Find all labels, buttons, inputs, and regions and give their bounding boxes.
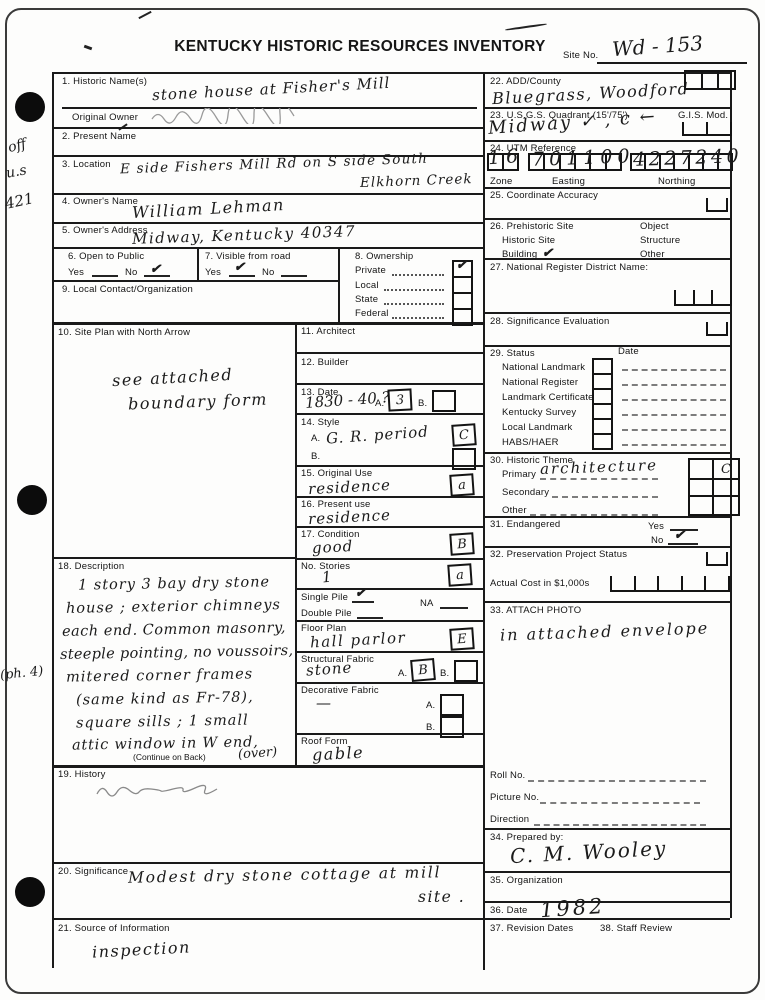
theme-code: C — [721, 462, 731, 477]
prehistoric-site-label: 26. Prehistoric Site — [490, 221, 574, 232]
field-20-label: 20. Significance — [58, 866, 128, 877]
scanned-form-page: KENTUCKY HISTORIC RESOURCES INVENTORY Si… — [0, 0, 765, 1000]
field-36-value: 1982 — [539, 894, 606, 923]
status-date-line — [622, 368, 726, 371]
rule — [295, 651, 483, 653]
illegible-handwriting — [150, 108, 330, 124]
field-14-a-codebox: C — [451, 423, 476, 447]
roll-no-line — [528, 779, 706, 782]
status-landmark-certificate: Landmark Certificate — [502, 392, 594, 403]
field-13-a-codebox: 3 — [387, 388, 412, 411]
rule — [483, 546, 730, 548]
field-14-b-codebox — [452, 448, 476, 470]
structural-fabric-a-code: B — [418, 663, 429, 679]
field-6-no-label: No — [125, 267, 138, 278]
roof-form-value: gable — [312, 743, 365, 765]
divider-6-7 — [197, 247, 199, 280]
picture-no-line — [540, 801, 700, 804]
utm-northing-value: 4227240 — [633, 145, 743, 171]
field-25-label: 25. Coordinate Accuracy — [490, 190, 598, 201]
rule — [483, 452, 730, 454]
direction-label: Direction — [490, 814, 529, 825]
field-21-label: 21. Source of Information — [58, 923, 170, 934]
picture-no-label: Picture No. — [490, 792, 539, 803]
structural-fabric-b-codebox — [454, 660, 478, 682]
status-date-line — [622, 428, 726, 431]
field-19-label: 19. History — [58, 769, 106, 780]
field-13-b-label: B. — [418, 398, 427, 409]
field-12-label: 12. Builder — [301, 357, 349, 368]
structure-label: Structure — [640, 235, 680, 246]
field-27-label: 27. National Register District Name: — [490, 262, 648, 273]
description-line-5: mitered corner frames — [66, 666, 253, 685]
field-17-code: B — [457, 537, 468, 553]
rule — [295, 588, 483, 590]
direction-line — [534, 823, 706, 826]
field-1-label: 1. Historic Name(s) — [62, 76, 147, 87]
decorative-fabric-a-codebox — [440, 694, 464, 716]
field-13-a-code: 3 — [395, 393, 404, 408]
description-line-1: 1 story 3 bay dry stone — [78, 574, 270, 593]
field-4-label: 4. Owner's Name — [62, 196, 138, 207]
divider-7-8 — [338, 247, 340, 322]
mid-column-divider — [295, 322, 297, 765]
na-label: NA — [420, 598, 434, 609]
status-date-label: Date — [618, 346, 639, 357]
theme-primary-line — [540, 477, 658, 480]
field-28-codebox — [706, 322, 728, 336]
rule — [52, 557, 295, 559]
rule — [483, 901, 730, 903]
actual-cost-label: Actual Cost in $1,000s — [490, 578, 589, 589]
endangered-yes-label: Yes — [648, 521, 664, 532]
field-36-label: 36. Date — [490, 905, 528, 916]
field-27-codeboxes — [674, 290, 732, 306]
building-label: Building — [502, 249, 537, 260]
field-20-value-line2: site . — [418, 888, 465, 906]
field-14-label: 14. Style — [301, 417, 340, 428]
rule — [52, 247, 483, 249]
rule — [483, 828, 730, 830]
description-line-7: square sills ; 1 small — [76, 712, 249, 731]
decorative-fabric-b-label: B. — [426, 722, 435, 733]
field-29-label: 29. Status — [490, 348, 535, 359]
structural-fabric-a-codebox: B — [410, 658, 436, 682]
rule — [483, 871, 730, 873]
field-17-codebox: B — [449, 532, 474, 556]
field-14-b-label: B. — [311, 451, 320, 462]
field-6-no-check: ✔ — [150, 262, 161, 277]
structural-fabric-value: stone — [305, 658, 352, 679]
field-6-label: 6. Open to Public — [68, 251, 144, 262]
field-15-code: a — [458, 478, 467, 494]
double-pile-line — [357, 607, 383, 619]
hole-punch-bottom — [15, 877, 45, 907]
field-13-a-label: A. — [375, 398, 384, 409]
floor-plan-codebox: E — [449, 627, 474, 651]
form-left-border — [52, 72, 54, 968]
stories-codebox: a — [447, 563, 472, 587]
field-14-a-label: A. — [311, 433, 320, 444]
status-date-line — [622, 383, 726, 386]
object-label: Object — [640, 221, 669, 232]
status-national-landmark: National Landmark — [502, 362, 585, 373]
structural-fabric-a-label: A. — [398, 668, 407, 679]
field-8-label: 8. Ownership — [355, 251, 413, 262]
theme-secondary-label: Secondary — [502, 487, 549, 498]
field-7-no-line — [281, 265, 307, 277]
building-check: ✔ — [542, 246, 553, 261]
description-line-6: (same kind as Fr-78), — [76, 689, 254, 708]
status-date-line — [622, 443, 726, 446]
utm-northing-label: Northing — [658, 176, 696, 187]
theme-other-line — [530, 513, 658, 516]
ownership-private-label: Private — [355, 265, 386, 276]
other-label: Other — [640, 249, 665, 260]
status-kentucky-survey: Kentucky Survey — [502, 407, 576, 418]
rule — [295, 352, 483, 354]
over-note: (over) — [238, 745, 278, 763]
field-3-label: 3. Location — [62, 159, 111, 170]
theme-primary-label: Primary — [502, 469, 536, 480]
decorative-fabric-value: — — [316, 694, 331, 712]
field-17-value: good — [312, 537, 354, 557]
field-9-label: 9. Local Contact/Organization — [62, 284, 193, 295]
dotted-leader — [392, 266, 444, 276]
field-7-no-label: No — [262, 267, 275, 278]
rule — [483, 312, 730, 314]
rule — [52, 72, 730, 74]
ownership-state-label: State — [355, 294, 378, 305]
field-38-label: 38. Staff Review — [600, 923, 672, 934]
actual-cost-boxes — [610, 576, 730, 592]
rule — [483, 345, 730, 347]
field-14-a-code: C — [459, 428, 470, 444]
dotted-leader — [392, 309, 444, 319]
field-32-codebox — [706, 552, 728, 566]
floor-plan-code: E — [457, 632, 468, 648]
field-22-codeboxes — [684, 70, 736, 90]
status-checkbox — [592, 433, 613, 450]
status-local-landmark: Local Landmark — [502, 422, 572, 433]
field-10-label: 10. Site Plan with North Arrow — [58, 327, 190, 338]
theme-other-label: Other — [502, 505, 527, 516]
dotted-leader — [384, 281, 444, 291]
field-7-yes-label: Yes — [205, 267, 221, 278]
field-2-label: 2. Present Name — [62, 131, 136, 142]
decorative-fabric-a-label: A. — [426, 700, 435, 711]
double-pile-label: Double Pile — [301, 608, 352, 619]
field-15-codebox: a — [449, 473, 474, 497]
single-pile-check: ✔ — [355, 586, 366, 601]
field-37-label: 37. Revision Dates — [490, 923, 573, 934]
field-33-label: 33. ATTACH PHOTO — [490, 605, 581, 616]
form-title: KENTUCKY HISTORIC RESOURCES INVENTORY — [140, 38, 580, 56]
rule — [295, 682, 483, 684]
field-6-yes-label: Yes — [68, 267, 84, 278]
continue-on-back-note: (Continue on Back) — [133, 752, 206, 762]
ownership-private-check: ✔ — [456, 258, 467, 273]
ownership-federal-label: Federal — [355, 308, 389, 319]
endangered-no-check: ✔ — [674, 528, 685, 543]
utm-easting-label: Easting — [552, 176, 585, 187]
utm-zone-value: 16 — [487, 145, 525, 169]
gis-mod-label: G.I.S. Mod. — [678, 110, 728, 121]
status-national-register: National Register — [502, 377, 578, 388]
structural-fabric-b-label: B. — [440, 668, 449, 679]
rule — [483, 140, 730, 142]
field-25-codebox — [706, 198, 728, 212]
hole-punch-middle — [17, 485, 47, 515]
utm-easting-value: 701100 — [532, 145, 635, 171]
rule — [52, 222, 483, 224]
rule — [295, 383, 483, 385]
utm-zone-label: Zone — [490, 176, 512, 187]
illegible-handwriting — [95, 782, 245, 800]
ownership-federal-checkbox — [452, 308, 473, 326]
rule — [52, 280, 338, 282]
field-11-label: 11. Architect — [301, 326, 355, 337]
decorative-fabric-label: Decorative Fabric — [301, 685, 379, 696]
field-6-yes-line — [92, 265, 118, 277]
rule — [295, 558, 483, 560]
historic-site-label: Historic Site — [502, 235, 555, 246]
field-32-label: 32. Preservation Project Status — [490, 549, 627, 560]
rule — [52, 127, 483, 129]
field-7-label: 7. Visible from road — [205, 251, 291, 262]
stories-code: a — [456, 568, 465, 584]
rule — [52, 765, 483, 768]
endangered-no-label: No — [651, 535, 664, 546]
site-no-label: Site No. — [563, 50, 598, 61]
theme-secondary-line — [552, 495, 658, 498]
hole-punch-top — [15, 92, 45, 122]
single-pile-label: Single Pile — [301, 592, 348, 603]
rule — [295, 620, 483, 622]
rule — [52, 918, 730, 920]
field-31-label: 31. Endangered — [490, 519, 560, 530]
theme-code-grid: C — [688, 458, 740, 516]
field-13-b-codebox — [432, 390, 456, 412]
status-habs-haer: HABS/HAER — [502, 437, 559, 448]
site-no-line — [597, 62, 747, 64]
rule — [483, 516, 730, 518]
gis-mod-boxes — [682, 122, 732, 136]
dotted-leader — [384, 295, 444, 305]
description-line-8: attic window in W end, — [72, 734, 259, 753]
rule — [295, 413, 483, 415]
field-35-label: 35. Organization — [490, 875, 563, 886]
status-date-line — [622, 398, 726, 401]
roll-no-label: Roll No. — [490, 770, 525, 781]
field-18-label: 18. Description — [58, 561, 124, 572]
original-owner-label: Original Owner — [72, 112, 138, 123]
status-date-line — [622, 413, 726, 416]
field-28-label: 28. Significance Evaluation — [490, 316, 609, 327]
na-line — [440, 597, 468, 609]
rule — [52, 193, 483, 195]
stories-value: 1 — [321, 568, 332, 587]
field-7-yes-check: ✔ — [234, 260, 245, 275]
rule — [483, 218, 730, 220]
decorative-fabric-b-codebox — [440, 716, 464, 738]
rule — [483, 187, 730, 189]
rule — [52, 322, 483, 325]
form-center-divider — [483, 72, 485, 970]
ownership-local-label: Local — [355, 280, 379, 291]
rule — [483, 601, 730, 603]
